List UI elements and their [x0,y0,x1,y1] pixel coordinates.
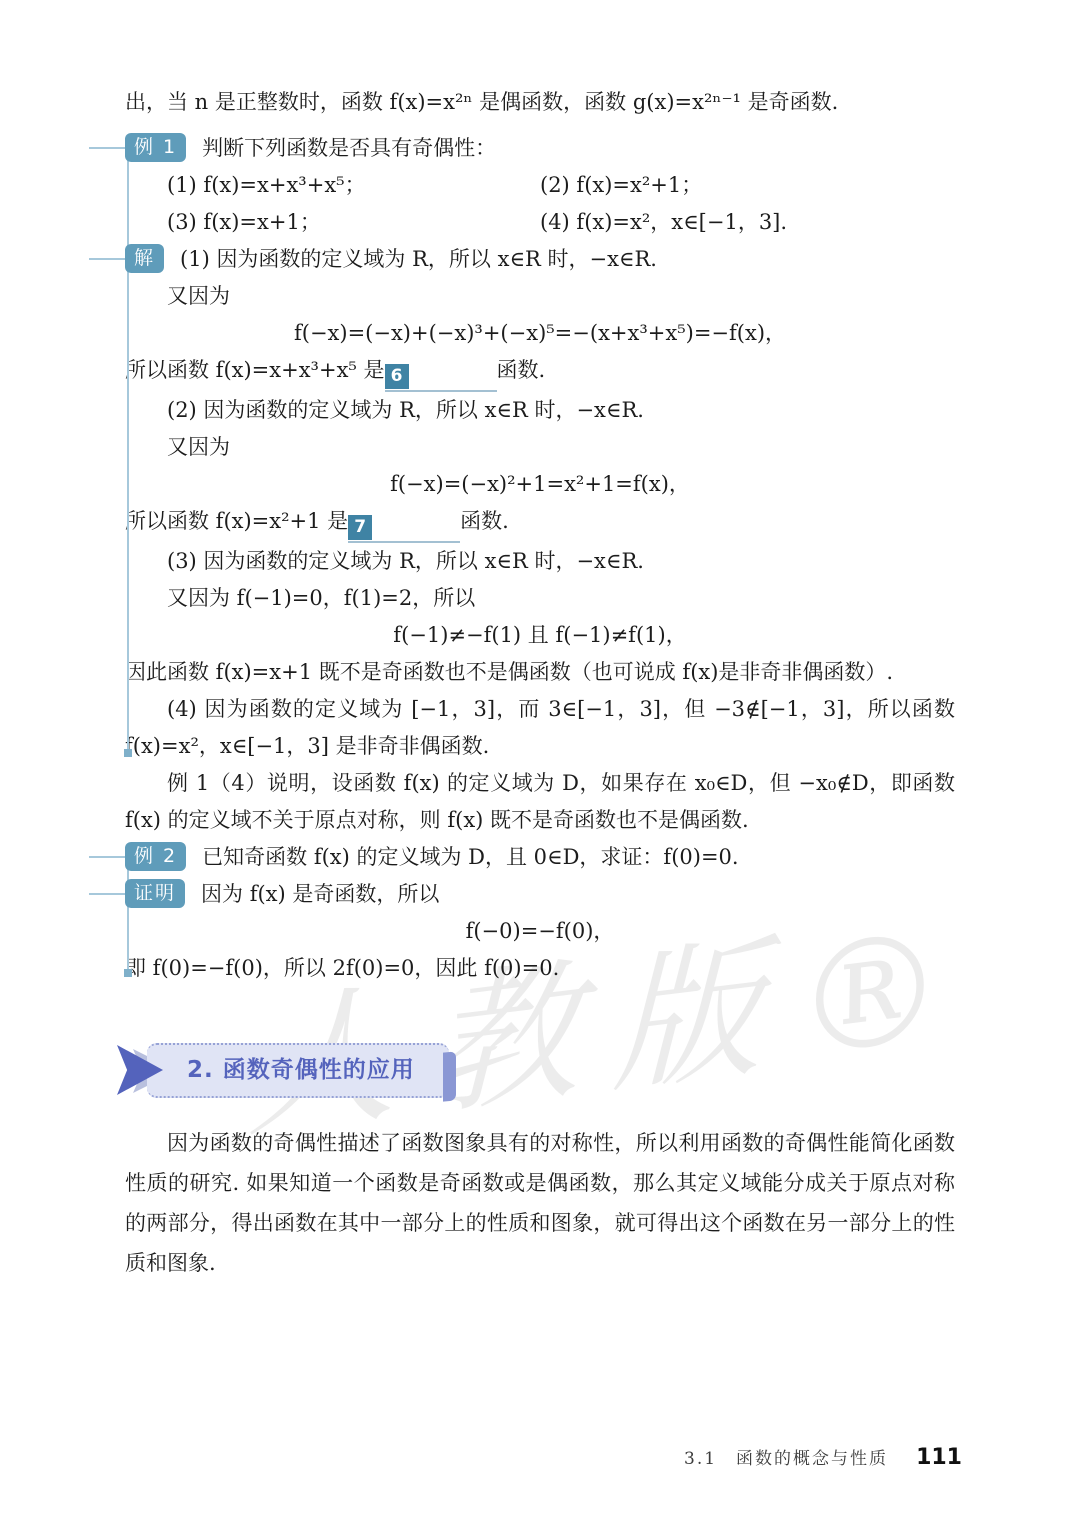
solution-part1-fill-pre: 所以函数 f(x)=x+x³+x⁵ 是 [125,358,385,382]
answer-blank-7-number: 7 [348,515,372,540]
example-connector-rail [127,147,129,753]
solution-part3-equation: f(−1)≠−f(1) 且 f(−1)≠f(1)， [125,617,955,654]
solution-part3-head: (3) 因为函数的定义域为 R，所以 x∈R 时，−x∈R. [125,543,955,580]
proof-row: 证明因为 f(x) 是奇函数，所以 [125,876,955,913]
solution-part2-head: (2) 因为函数的定义域为 R，所以 x∈R 时，−x∈R. [125,392,955,429]
proof-badge: 证明 [125,879,185,908]
example1-group: 例 1判断下列函数是否具有奇偶性： (1) f(x)=x+x³+x⁵； (2) … [125,130,955,765]
answer-blank-7[interactable]: 7 [348,509,460,543]
solution-part2-conclusion: 所以函数 f(x)=x²+1 是7函数. [125,503,955,543]
solution-part2-equation: f(−x)=(−x)²+1=x²+1=f(x)， [125,466,955,503]
section2-paragraph: 因为函数的奇偶性描述了函数图象具有的对称性，所以利用函数的奇偶性能简化函数性质的… [125,1123,955,1283]
solution-part1-head: (1) 因为函数的定义域为 R，所以 x∈R 时，−x∈R. [180,247,657,271]
solution-row: 解(1) 因为函数的定义域为 R，所以 x∈R 时，−x∈R. [125,241,955,278]
example1-item-1: (1) f(x)=x+x³+x⁵； [125,167,540,204]
textbook-page: 人教版® 出，当 n 是正整数时，函数 f(x)=x²ⁿ 是偶函数，函数 g(x… [0,0,1080,1526]
example1-item-2: (2) f(x)=x²+1； [540,167,955,204]
example2-text: 已知奇函数 f(x) 的定义域为 D，且 0∈D，求证：f(0)=0. [202,845,738,869]
example1-item-3: (3) f(x)=x+1； [125,204,540,241]
section-title: 2. 函数奇偶性的应用 [187,1057,415,1083]
example1-row: 例 1判断下列函数是否具有奇偶性： [125,130,955,167]
example1-items: (1) f(x)=x+x³+x⁵； (2) f(x)=x²+1； (3) f(x… [125,167,955,241]
section-title-plate: 2. 函数奇偶性的应用 [147,1043,449,1098]
solution-part1-equation: f(−x)=(−x)+(−x)³+(−x)⁵=−(x+x³+x⁵)=−f(x)， [125,315,955,352]
example1-item-4: (4) f(x)=x²，x∈[−1，3]. [540,204,955,241]
proof-conclusion: 即 f(0)=−f(0)，所以 2f(0)=0，因此 f(0)=0. [125,950,955,987]
banner-ribbon-fold [443,1051,456,1101]
solution-part1-fill-post: 函数. [497,358,546,382]
solution-part3-also: 又因为 f(−1)=0，f(1)=2，所以 [125,580,955,617]
solution-part1-conclusion: 所以函数 f(x)=x+x³+x⁵ 是6函数. [125,352,955,392]
solution-part4: (4) 因为函数的定义域为 [−1，3]，而 3∈[−1，3]，但 −3∉[−1… [125,691,955,765]
example1-badge: 例 1 [125,133,186,162]
solution-part2-also: 又因为 [125,429,955,466]
solution-badge: 解 [125,244,164,273]
solution-part1-also: 又因为 [125,278,955,315]
solution-part3-conclusion: 因此函数 f(x)=x+1 既不是奇函数也不是偶函数（也可说成 f(x)是非奇非… [125,654,955,691]
example1-prompt: 判断下列函数是否具有奇偶性： [202,136,496,160]
footer-section-label: 3.1 函数的概念与性质 [684,1444,888,1469]
solution-part2-fill-pre: 所以函数 f(x)=x²+1 是 [125,509,348,533]
answer-blank-6[interactable]: 6 [385,358,497,392]
example1-note-paragraph: 例 1（4）说明，设函数 f(x) 的定义域为 D，如果存在 x₀∈D，但 −x… [125,765,955,839]
footer-page-number: 111 [916,1445,962,1470]
example2-row: 例 2已知奇函数 f(x) 的定义域为 D，且 0∈D，求证：f(0)=0. [125,839,955,876]
page-footer: 3.1 函数的概念与性质 111 [684,1444,962,1470]
page-content: 出，当 n 是正整数时，函数 f(x)=x²ⁿ 是偶函数，函数 g(x)=x²ⁿ… [125,84,955,1283]
example2-badge: 例 2 [125,842,186,871]
answer-blank-6-number: 6 [385,364,409,389]
section-banner: 2. 函数奇偶性的应用 [117,1043,955,1097]
solution-part2-fill-post: 函数. [460,509,509,533]
intro-paragraph: 出，当 n 是正整数时，函数 f(x)=x²ⁿ 是偶函数，函数 g(x)=x²ⁿ… [125,84,955,121]
example2-group: 例 2已知奇函数 f(x) 的定义域为 D，且 0∈D，求证：f(0)=0. 证… [125,839,955,987]
proof-lead: 因为 f(x) 是奇函数，所以 [201,882,439,906]
proof-equation: f(−0)=−f(0)， [125,913,955,950]
